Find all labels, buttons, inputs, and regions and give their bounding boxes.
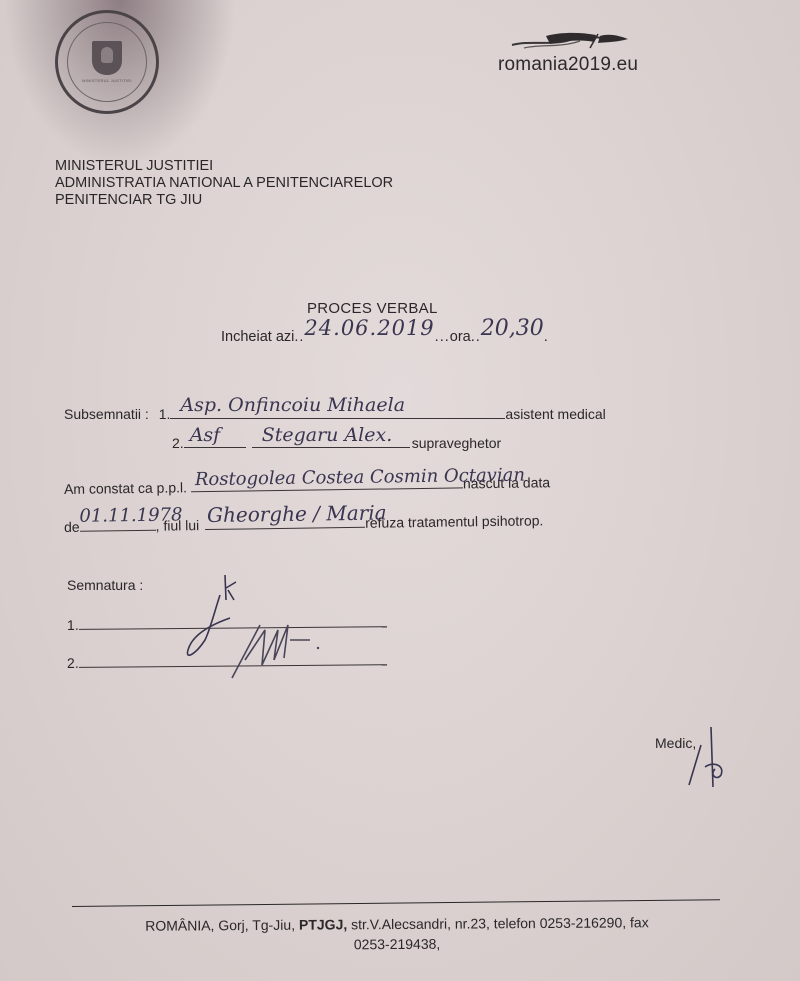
seal-text: MINISTERUL JUSTITIEI xyxy=(82,78,132,83)
flag-wave-logo-icon xyxy=(510,30,630,52)
concluded-row: Incheiat azi..24.06.2019...ora..20,30. xyxy=(221,322,549,347)
header-line-ministry: MINISTERUL JUSTITIEI xyxy=(55,158,393,175)
inmate-name-field: Rostogolea Costea Cosmin Octavian xyxy=(191,471,463,492)
person-2-role: supraveghetor xyxy=(412,435,502,451)
person-number: 1. xyxy=(159,406,171,422)
footer-divider xyxy=(72,899,720,907)
birth-row: de01.11.1978, fiul luiGheorghe / Mariare… xyxy=(64,508,544,535)
refusal-statement: refuza tratamentul psihotrop. xyxy=(365,512,543,530)
person-2-name: Stegaru Alex. xyxy=(262,424,393,446)
birth-date-field: 01.11.1978 xyxy=(79,514,155,532)
footer-location: ROMÂNIA, Gorj, Tg-Jiu, xyxy=(145,917,299,934)
finding-row: Am constat ca p.p.l.Rostogolea Costea Co… xyxy=(64,470,550,497)
document-page: MINISTERUL JUSTITIEI romania2019.eu MINI… xyxy=(0,0,800,981)
document-title: PROCES VERBAL xyxy=(307,300,438,317)
signature-number: 2. xyxy=(67,655,79,671)
header-line-penitentiary: PENITENCIAR TG JIU xyxy=(55,192,393,209)
undersigned-row-1: Subsemnatii : 1.Asp. Onfincoiu Mihaelaas… xyxy=(64,402,606,422)
person-2-prefix-field: Asf xyxy=(184,431,246,448)
person-1-role: asistent medical xyxy=(505,406,605,422)
footer-institution-code: PTJGJ, xyxy=(299,916,347,932)
time-label: ora xyxy=(450,329,471,345)
medic-signature-icon xyxy=(685,725,735,795)
undersigned-row-2: 2.AsfStegaru Alex.supraveghetor xyxy=(172,431,501,451)
concluded-time: 20,30 xyxy=(481,316,544,341)
footer-address: ROMÂNIA, Gorj, Tg-Jiu, PTJGJ, str.V.Alec… xyxy=(72,912,722,957)
person-number: 2. xyxy=(172,435,184,451)
logo-text: romania2019.eu xyxy=(498,54,648,76)
coat-of-arms-icon xyxy=(92,41,122,75)
signatures-label: Semnatura : xyxy=(67,577,143,593)
signature-number: 1. xyxy=(67,617,79,633)
concluded-date: 24.06.2019 xyxy=(304,316,434,340)
romania2019-logo: romania2019.eu xyxy=(498,30,648,76)
concluded-label: Incheiat azi xyxy=(221,329,294,345)
footer-contact: str.V.Alecsandri, nr.23, telefon 0253-21… xyxy=(347,914,649,932)
person-2-prefix: Asf xyxy=(190,424,221,446)
person-1-name-field: Asp. Onfincoiu Mihaela xyxy=(170,402,505,419)
handwritten-signatures-icon xyxy=(170,570,340,680)
finding-label: Am constat ca p.p.l. xyxy=(64,479,187,497)
birth-date: 01.11.1978 xyxy=(79,504,182,526)
parents-field: Gheorghe / Maria xyxy=(205,511,365,530)
parents-names: Gheorghe / Maria xyxy=(207,500,387,527)
undersigned-label: Subsemnatii : xyxy=(64,406,149,422)
person-2-name-field: Stegaru Alex. xyxy=(252,431,410,448)
institution-header: MINISTERUL JUSTITIEI ADMINISTRATIA NATIO… xyxy=(55,158,393,209)
ministry-seal-icon: MINISTERUL JUSTITIEI xyxy=(55,10,159,114)
person-1-name: Asp. Onfincoiu Mihaela xyxy=(180,394,405,416)
header-line-administration: ADMINISTRATIA NATIONAL A PENITENCIARELOR xyxy=(55,175,393,192)
de-label: de xyxy=(64,519,80,535)
